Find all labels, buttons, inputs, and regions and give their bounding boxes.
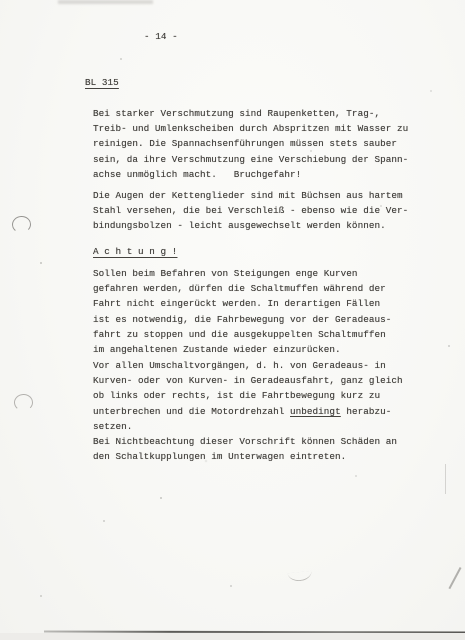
text-line: Kurven- oder von Kurven- in Geradeausfah… xyxy=(93,373,403,388)
text-line: ist es notwendig, die Fahrbewegung vor d… xyxy=(93,312,391,327)
text-line: ob links oder rechts, ist die Fahrtbeweg… xyxy=(93,388,403,403)
text-line: Treib- und Umlenkscheiben durch Abspritz… xyxy=(93,121,408,136)
text-line: Sollen beim Befahren von Steigungen enge… xyxy=(93,266,391,281)
text-line: Vor allen Umschaltvorgängen, d. h. von G… xyxy=(93,358,403,373)
paragraph-switching: Vor allen Umschaltvorgängen, d. h. von G… xyxy=(93,358,403,464)
text-line: reinigen. Die Spannachsenführungen müsse… xyxy=(93,136,408,151)
text-line: im angehaltenen Zustande wieder einzurüc… xyxy=(93,342,391,357)
text-line: fahrt zu stoppen und die ausgekuppelten … xyxy=(93,327,391,342)
text-line: Stahl versehen, die bei Verschleiß - ebe… xyxy=(93,203,408,218)
text-line: Bei starker Verschmutzung sind Raupenket… xyxy=(93,106,408,121)
text-line-with-underline: unterbrechen und die Motordrehzahl unbed… xyxy=(93,404,403,419)
paragraph-attention-body: Sollen beim Befahren von Steigungen enge… xyxy=(93,266,391,357)
text-line: achse unmöglich macht. Bruchgefahr! xyxy=(93,167,408,182)
attention-heading: A c h t u n g ! xyxy=(93,244,177,259)
text-segment: herabzu- xyxy=(341,406,392,417)
underlined-word: unbedingt xyxy=(290,406,341,417)
text-line: Bei Nichtbeachtung dieser Vorschrift kön… xyxy=(93,434,403,449)
scan-mark-curve xyxy=(288,571,313,582)
scan-background-strip xyxy=(0,633,465,640)
scan-mark-right xyxy=(445,464,446,494)
punch-hole-icon xyxy=(14,394,34,412)
text-line: bindungsbolzen - leicht ausgewechselt we… xyxy=(93,218,408,233)
paragraph-cleaning: Bei starker Verschmutzung sind Raupenket… xyxy=(93,106,408,182)
text-line: Fahrt nicht eingerückt werden. In derart… xyxy=(93,296,391,311)
text-line: den Schaltkupplungen im Unterwagen eintr… xyxy=(93,449,403,464)
scanned-manual-page: - 14 - BL 315 Bei starker Verschmutzung … xyxy=(0,0,465,640)
text-line: Die Augen der Kettenglieder sind mit Büc… xyxy=(93,188,408,203)
text-segment: unterbrechen und die Motordrehzahl xyxy=(93,406,290,417)
punch-hole-icon xyxy=(11,215,31,233)
scan-speckles xyxy=(0,0,2,2)
page-number: - 14 - xyxy=(144,29,178,44)
section-heading: BL 315 xyxy=(85,75,119,90)
paragraph-chain-links: Die Augen der Kettenglieder sind mit Büc… xyxy=(93,188,408,234)
scan-mark-corner xyxy=(448,567,461,589)
text-line: gefahren werden, dürfen die Schaltmuffen… xyxy=(93,281,391,296)
text-line: sein, da ihre Verschmutzung eine Verschi… xyxy=(93,152,408,167)
text-line: setzen. xyxy=(93,419,403,434)
scan-smudge-top xyxy=(58,0,153,4)
